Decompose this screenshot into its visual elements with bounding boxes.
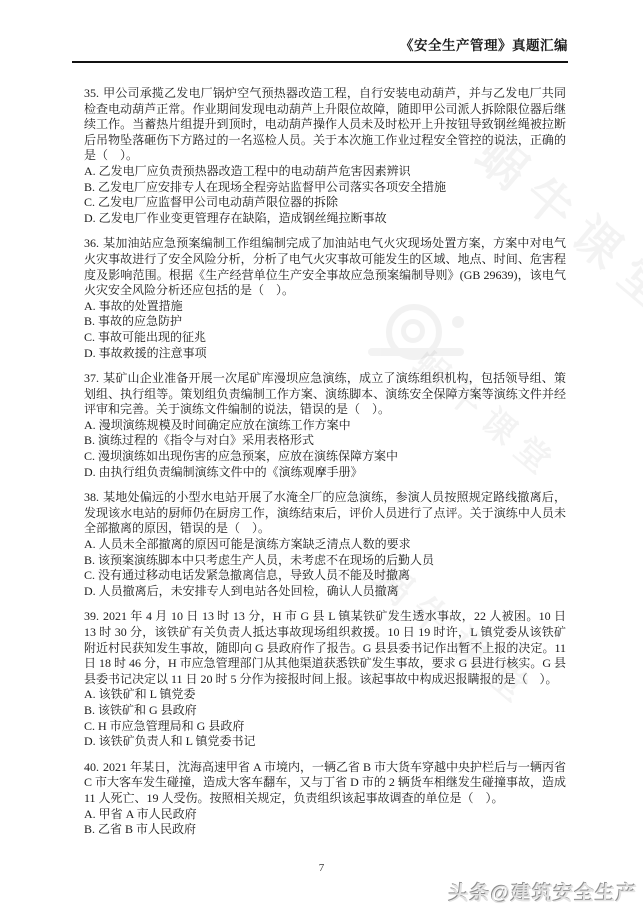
option-b: B. 事故的应急防护 xyxy=(84,314,566,330)
question-38: 38.某地处偏远的小型水电站开展了水淹全厂的应急演练，参演人员按照规定路线撤离后… xyxy=(84,490,566,599)
option-d: D. 人员撤离后，未安排专人到电站各处回检，确认人员撤离 xyxy=(84,584,566,600)
option-c: C. 乙发电厂应监督甲公司电动葫芦限位器的拆除 xyxy=(84,195,566,211)
question-35: 35.甲公司承揽乙发电厂锅炉空气预热器改造工程，自行安装电动葫芦，并与乙发电厂共… xyxy=(84,86,566,226)
question-text: 2021 年 4 月 10 日 13 时 13 分，H 市 G 县 L 镇某铁矿… xyxy=(84,609,566,685)
question-number: 37. xyxy=(84,371,99,385)
brand-watermark: 头条@建筑安全生产 xyxy=(448,877,639,906)
option-d: D. 由执行组负责编制演练文件中的《演练观摩手册》 xyxy=(84,465,566,481)
option-c: C. 事故可能出现的征兆 xyxy=(84,330,566,346)
page-number: 7 xyxy=(0,862,643,874)
option-b: B. 该预案演练脚本中只考虑生产人员，未考虑不在现场的后勤人员 xyxy=(84,553,566,569)
option-b: B. 演练过程的《指令与对白》采用表格形式 xyxy=(84,433,566,449)
question-number: 35. xyxy=(84,86,99,100)
question-text: 甲公司承揽乙发电厂锅炉空气预热器改造工程，自行安装电动葫芦，并与乙发电厂共同检查… xyxy=(84,86,566,162)
question-number: 38. xyxy=(84,490,99,504)
document-page: 蜗牛课堂 蜗牛课堂 蜗牛课堂 《安全生产管理》真题汇编 35.甲公司承揽乙发电厂… xyxy=(0,0,643,909)
question-stem: 36.某加油站应急预案编制工作组编制完成了加油站电气火灾现场处置方案，方案中对电… xyxy=(84,236,566,298)
option-a: A. 乙发电厂应负责预热器改造工程中的电动葫芦危害因素辨识 xyxy=(84,164,566,180)
question-40: 40.2021 年某日，沈海高速甲省 A 市境内，一辆乙省 B 市大货车穿越中央… xyxy=(84,760,566,838)
option-b: B. 乙发电厂应安排专人在现场全程旁站监督甲公司落实各项安全措施 xyxy=(84,180,566,196)
question-text: 某矿山企业准备开展一次尾矿库漫坝应急演练，成立了演练组织机构，包括领导组、策划组… xyxy=(84,371,566,416)
question-text: 2021 年某日，沈海高速甲省 A 市境内，一辆乙省 B 市大货车穿越中央护栏后… xyxy=(84,760,566,805)
question-39: 39.2021 年 4 月 10 日 13 时 13 分，H 市 G 县 L 镇… xyxy=(84,609,566,749)
question-number: 36. xyxy=(84,236,99,250)
option-d: D. 乙发电厂作业变更管理存在缺陷，造成钢丝绳拉断事故 xyxy=(84,211,566,227)
option-d: D. 事故救援的注意事项 xyxy=(84,346,566,362)
question-stem: 38.某地处偏远的小型水电站开展了水淹全厂的应急演练，参演人员按照规定路线撤离后… xyxy=(84,490,566,537)
option-a: A. 事故的处置措施 xyxy=(84,299,566,315)
page-header: 《安全生产管理》真题汇编 xyxy=(72,34,568,63)
option-b: B. 乙省 B 市人民政府 xyxy=(84,822,566,838)
question-stem: 39.2021 年 4 月 10 日 13 时 13 分，H 市 G 县 L 镇… xyxy=(84,609,566,687)
questions-area: 35.甲公司承揽乙发电厂锅炉空气预热器改造工程，自行安装电动葫芦，并与乙发电厂共… xyxy=(84,86,566,848)
question-stem: 37.某矿山企业准备开展一次尾矿库漫坝应急演练，成立了演练组织机构，包括领导组、… xyxy=(84,371,566,418)
question-text: 某地处偏远的小型水电站开展了水淹全厂的应急演练，参演人员按照规定路线撤离后，发现… xyxy=(84,490,566,535)
option-c: C. 漫坝演练如出现伤害的应急预案，应放在演练保障方案中 xyxy=(84,449,566,465)
option-c: C. 没有通过移动电话发紧急撤离信息，导致人员不能及时撤离 xyxy=(84,568,566,584)
option-a: A. 该铁矿和 L 镇党委 xyxy=(84,687,566,703)
question-37: 37.某矿山企业准备开展一次尾矿库漫坝应急演练，成立了演练组织机构，包括领导组、… xyxy=(84,371,566,480)
question-stem: 40.2021 年某日，沈海高速甲省 A 市境内，一辆乙省 B 市大货车穿越中央… xyxy=(84,760,566,807)
option-a: A. 甲省 A 市人民政府 xyxy=(84,807,566,823)
question-36: 36.某加油站应急预案编制工作组编制完成了加油站电气火灾现场处置方案，方案中对电… xyxy=(84,236,566,361)
question-text: 某加油站应急预案编制工作组编制完成了加油站电气火灾现场处置方案，方案中对电气火灾… xyxy=(84,236,566,297)
page-title: 《安全生产管理》真题汇编 xyxy=(400,38,568,53)
option-b: B. 该铁矿和 G 县政府 xyxy=(84,703,566,719)
option-c: C. H 市应急管理局和 G 县政府 xyxy=(84,719,566,735)
question-stem: 35.甲公司承揽乙发电厂锅炉空气预热器改造工程，自行安装电动葫芦，并与乙发电厂共… xyxy=(84,86,566,164)
question-number: 40. xyxy=(84,760,99,774)
option-d: D. 该铁矿负责人和 L 镇党委书记 xyxy=(84,734,566,750)
option-a: A. 人员未全部撤离的原因可能是演练方案缺乏清点人数的要求 xyxy=(84,537,566,553)
question-number: 39. xyxy=(84,609,99,623)
option-a: A. 漫坝演练规模及时间确定应放在演练工作方案中 xyxy=(84,418,566,434)
